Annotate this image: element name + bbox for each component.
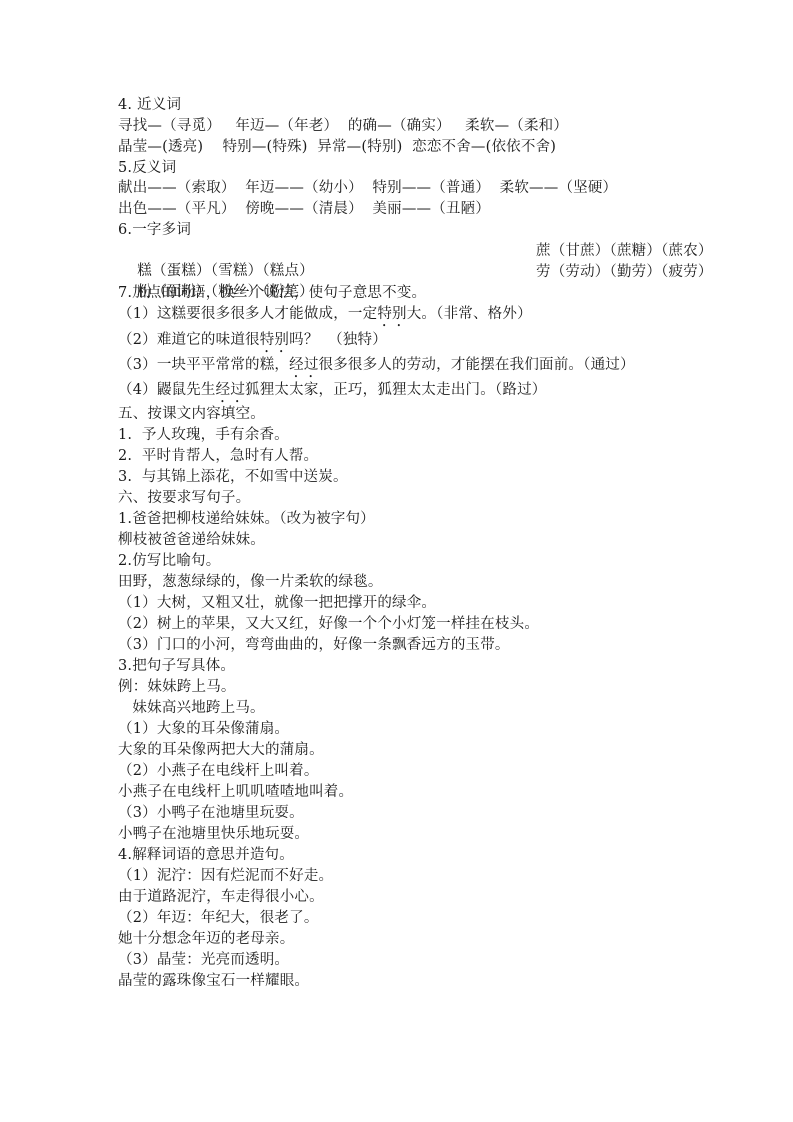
sentence-line: 由于道路泥泞，车走得很小心。	[118, 887, 324, 907]
sentence-line: （2）树上的苹果，又大又红，好像一个个小灯笼一样挂在枝头。	[118, 614, 539, 634]
dotted-word-item: （1）这糕要很多很多人才能做成，一定特别大。（非常、格外）	[118, 304, 532, 330]
item-text: 很多很多人的劳动，才能摆在我们面前。（通过）	[319, 357, 635, 373]
sentence-line: 3.把句子写具体。	[118, 656, 235, 676]
sentence-line: 小燕子在电线杆上叽叽喳喳地叫着。	[118, 782, 353, 802]
sentence-line: 4.解释词语的意思并造句。	[118, 845, 294, 865]
sentence-line: （3）晶莹：光亮而透明。	[118, 950, 289, 970]
sentence-line: （3）小鸭子在池塘里玩耍。	[118, 803, 304, 823]
emphasized-word: 特别	[260, 332, 289, 348]
multi-word-right: 蔗（甘蔗）（蔗糖）（蔗农）	[536, 241, 713, 261]
item-text: （3）一块平平常常的糕，	[118, 357, 289, 373]
part-heading-fill-blank: 五、按课文内容填空。	[118, 404, 265, 424]
item-text: （1）这糕要很多很多人才能做成，一定	[118, 306, 377, 322]
document-page: 4. 近义词 寻找—（寻觅） 年迈—（年老） 的确—（确实） 柔软—（柔和） 晶…	[0, 0, 793, 1122]
fill-blank-item: 3. 与其锦上添花，不如雪中送炭。	[118, 467, 348, 487]
sentence-line: 柳枝被爸爸递给妹妹。	[118, 530, 265, 550]
sentence-line: （1）泥泞：因有烂泥而不好走。	[118, 866, 333, 886]
antonym-row: 献出——（索取） 年迈——（幼小） 特别——（普通） 柔软——（坚硬）	[118, 178, 617, 198]
synonym-row: 寻找—（寻觅） 年迈—（年老） 的确—（确实） 柔软—（柔和）	[118, 116, 568, 136]
sentence-line: （3）门口的小河，弯弯曲曲的，好像一条飘香远方的玉带。	[118, 635, 510, 655]
sentence-line: 晶莹的露珠像宝石一样耀眼。	[118, 971, 309, 991]
dotted-word-item: （2）难道它的味道很特别吗？ （独特）	[118, 330, 387, 356]
sentence-line: （2）年迈：年纪大，很老了。	[118, 908, 319, 928]
sentence-line: 1.爸爸把柳枝递给妹妹。（改为被字句）	[118, 509, 375, 529]
multi-word-right: 劳（劳动）（勤劳）（疲劳）	[536, 262, 713, 282]
sentence-line: 2.仿写比喻句。	[118, 551, 220, 571]
emphasized-word: 经过	[289, 357, 318, 373]
section-heading-dotted-words: 7.加点的词语，换一个说法，使句子意思不变。	[118, 283, 426, 303]
sentence-line: （1）大象的耳朵像蒲扇。	[118, 719, 289, 739]
sentence-line: 田野，葱葱绿绿的，像一片柔软的绿毯。	[118, 572, 383, 592]
sentence-line: 例：妹妹跨上马。	[118, 677, 236, 697]
dotted-word-item: （4）鼹鼠先生经过狐狸太太家，正巧，狐狸太太走出门。（路过）	[118, 380, 546, 406]
sentence-line: （2）小燕子在电线杆上叫着。	[118, 761, 319, 781]
item-text: （4）鼹鼠先生	[118, 382, 216, 398]
sentence-line: 她十分想念年迈的老母亲。	[118, 929, 294, 949]
sentence-line: （1）大树，又粗又壮，就像一把把撑开的绿伞。	[118, 593, 436, 613]
item-text: （2）难道它的味道很	[118, 332, 260, 348]
dotted-word-item: （3）一块平平常常的糕，经过很多很多人的劳动，才能摆在我们面前。（通过）	[118, 355, 635, 381]
synonym-row: 晶莹—(透亮) 特别—(特殊) 异常—(特别) 恋恋不舍—(依依不舍)	[118, 137, 556, 157]
fill-blank-item: 2. 平时肯帮人，急时有人帮。	[118, 446, 318, 466]
section-heading-antonyms: 5.反义词	[118, 158, 176, 178]
sentence-line: 小鸭子在池塘里快乐地玩耍。	[118, 824, 309, 844]
emphasized-word: 经过	[216, 382, 245, 398]
emphasized-word: 特别	[377, 306, 406, 322]
fill-blank-item: 1. 予人玫瑰，手有余香。	[118, 425, 289, 445]
item-text: 狐狸太太家，正巧，狐狸太太走出门。（路过）	[245, 382, 546, 398]
sentence-line: 大象的耳朵像两把大大的蒲扇。	[118, 740, 324, 760]
sentence-line: 妹妹高兴地跨上马。	[118, 698, 265, 718]
section-heading-synonyms: 4. 近义词	[118, 95, 181, 115]
item-text: 大。（非常、格外）	[407, 306, 532, 322]
part-heading-sentences: 六、按要求写句子。	[118, 488, 250, 508]
section-heading-multi-words: 6.一字多词	[118, 220, 191, 240]
item-text: 吗？ （独特）	[289, 332, 387, 348]
antonym-row: 出色——（平凡） 傍晚——（清晨） 美丽——（丑陋）	[118, 199, 490, 219]
